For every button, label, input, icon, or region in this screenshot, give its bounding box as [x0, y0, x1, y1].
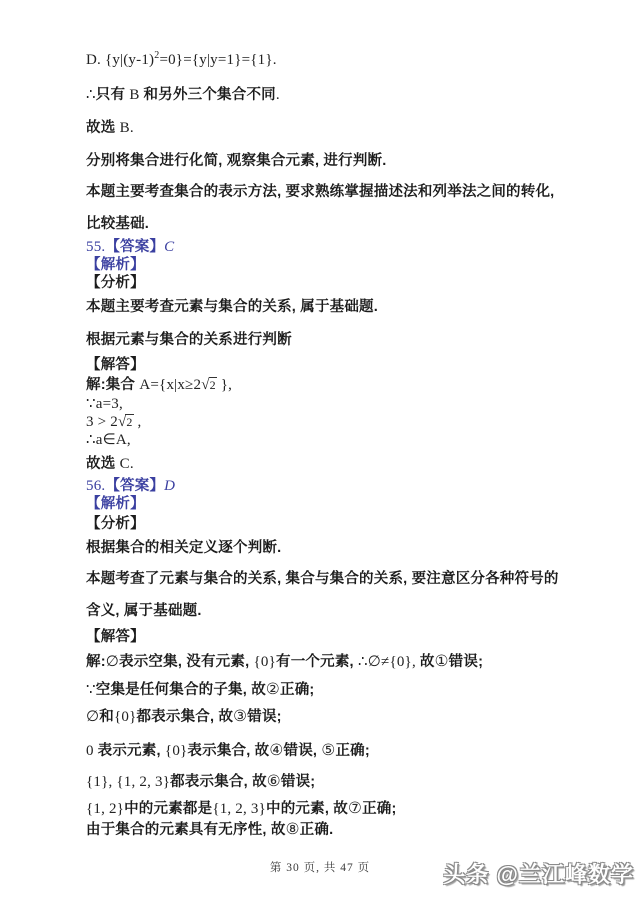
- text-run: ∴a∈A,: [86, 432, 131, 448]
- text-run: 正确;: [335, 743, 369, 759]
- text-run: 解:: [86, 654, 106, 670]
- text-run: 只有: [96, 87, 130, 103]
- text-run: 【分析】: [86, 275, 145, 291]
- text-run: D.: [86, 52, 105, 68]
- text-run: ,: [412, 654, 420, 670]
- option-d-line: D. {y|(y-1)2=0}={y|y=1}={1}.: [86, 45, 576, 71]
- text-run: 本题考查了元素与集合的关系, 集合与集合的关系, 要注意区分各种符号的: [86, 571, 559, 587]
- text-run: B.: [120, 120, 134, 136]
- text-run: 表示集合, 故: [187, 743, 269, 759]
- text-run: {1, 2}: [86, 801, 124, 817]
- text-run: 和另外三个集合不同: [144, 87, 276, 103]
- analysis-header: 【分析】: [86, 274, 576, 292]
- analysis-header-56: 【分析】: [86, 515, 576, 533]
- circled-number: ②: [266, 680, 280, 698]
- solution-step-a-value: ∵a=3,: [86, 395, 576, 413]
- text-run: 【解答】: [86, 629, 145, 645]
- text-run: 都表示集合, 故: [170, 774, 267, 790]
- topic-note-line-56: 本题考查了元素与集合的关系, 集合与集合的关系, 要注意区分各种符号的: [86, 568, 576, 590]
- text-run: 表示空集, 没有元素,: [119, 654, 254, 670]
- text-run: 解:集合: [86, 377, 139, 393]
- text-run: 本题主要考查元素与集合的关系, 属于基础题.: [86, 299, 378, 315]
- judgement-6: {1}, {1, 2, 3}都表示集合, 故⑥错误;: [86, 770, 576, 793]
- text-run: 【解析】: [86, 496, 145, 512]
- conclusion-line: ∴只有 B 和另外三个集合不同.: [86, 84, 576, 106]
- text-run: 2: [125, 414, 133, 429]
- text-run: 由于集合的元素具有无序性, 故: [86, 822, 286, 838]
- text-run: =0}={y|y=1}={1}.: [159, 52, 276, 68]
- text-run: ∵: [86, 682, 96, 698]
- solution-step-compare: 3 > 2√2 ,: [86, 413, 576, 431]
- text-run: 错误,: [284, 743, 322, 759]
- text-run: 根据集合的相关定义逐个判断.: [86, 540, 281, 556]
- circled-number: ④: [269, 741, 283, 759]
- topic-note-line-56b: 含义, 属于基础题.: [86, 600, 576, 622]
- text-run: 表示元素,: [98, 743, 165, 759]
- text-run: D: [164, 478, 175, 494]
- text-run: {0}: [114, 709, 137, 725]
- text-run: ∴∅≠{0}: [358, 654, 412, 670]
- text-run: ∅: [106, 654, 119, 670]
- text-run: ∵a=3,: [86, 396, 123, 412]
- judgement-1: 解:∅表示空集, 没有元素, {0}有一个元素, ∴∅≠{0}, 故①错误;: [86, 650, 576, 673]
- text-run: B: [129, 87, 143, 103]
- text-run: 空集是任何集合的子集, 故: [96, 682, 266, 698]
- toutiao-watermark: 头条 @兰江峰数学: [443, 858, 634, 889]
- text-run: 3 > 2: [86, 414, 118, 430]
- method-line-55: 根据元素与集合的关系进行判断: [86, 329, 576, 351]
- text-run: 本题主要考查集合的表示方法, 要求熟练掌握描述法和列举法之间的转化,: [86, 184, 554, 200]
- text-run: 正确;: [362, 801, 396, 817]
- judgement-2: ∵空集是任何集合的子集, 故②正确;: [86, 678, 576, 701]
- circled-number: ⑤: [321, 741, 335, 759]
- text-run: 错误;: [449, 654, 483, 670]
- text-run: ∴: [86, 87, 96, 103]
- text-run: 有一个元素,: [276, 654, 358, 670]
- topic-note-line-55: 本题主要考查元素与集合的关系, 属于基础题.: [86, 296, 576, 318]
- text-run: {1, 2, 3}: [212, 801, 266, 817]
- text-run: ,: [134, 414, 142, 430]
- circled-number: ①: [435, 652, 449, 670]
- topic-note-line-2: 比较基础.: [86, 213, 576, 235]
- answer-header-56: 56.【答案】D: [86, 477, 576, 495]
- text-run: {y|(y-1): [105, 52, 154, 68]
- answer-header-55: 55.【答案】C: [86, 238, 576, 256]
- text-run: C.: [120, 456, 134, 472]
- text-run: 【答案】: [105, 239, 164, 255]
- text-run: 错误;: [247, 709, 281, 725]
- text-run: 正确.: [300, 822, 334, 838]
- text-run: 正确;: [280, 682, 314, 698]
- text-run: .: [276, 87, 280, 103]
- circled-number: ③: [233, 707, 247, 725]
- text-run: {0}: [165, 743, 188, 759]
- text-run: 故: [420, 654, 435, 670]
- circled-number: ⑥: [267, 772, 281, 790]
- text-run: C: [164, 239, 174, 255]
- analysis-header-blue: 【解析】: [86, 256, 576, 274]
- document-body: D. {y|(y-1)2=0}={y|y=1}={1}.∴只有 B 和另外三个集…: [86, 45, 576, 840]
- analysis-header-blue-56: 【解析】: [86, 495, 576, 513]
- text-run: ∅: [86, 709, 99, 725]
- solution-step-membership: ∴a∈A,: [86, 431, 576, 449]
- judgement-8: 由于集合的元素具有无序性, 故⑧正确.: [86, 819, 576, 840]
- solution-step-set-a: 解:集合 A={x|x≥2√2 },: [86, 375, 576, 395]
- judgement-7: {1, 2}中的元素都是{1, 2, 3}中的元素, 故⑦正确;: [86, 798, 576, 819]
- text-run: {0}: [254, 654, 277, 670]
- text-run: 中的元素都是: [124, 801, 212, 817]
- text-run: 2: [209, 377, 217, 392]
- text-run: 根据元素与集合的关系进行判断: [86, 332, 292, 348]
- text-run: 都表示集合, 故: [136, 709, 233, 725]
- text-run: {1}, {1, 2, 3}: [86, 774, 170, 790]
- text-run: 55.: [86, 239, 105, 255]
- text-run: 【分析】: [86, 516, 145, 532]
- text-run: 【解析】: [86, 257, 145, 273]
- solution-header: 【解答】: [86, 355, 576, 375]
- text-run: 【答案】: [105, 478, 164, 494]
- circled-number: ⑦: [348, 799, 362, 817]
- text-run: 分别将集合进行化简, 观察集合元素, 进行判断.: [86, 153, 386, 169]
- text-run: 错误;: [281, 774, 315, 790]
- solution-header-56: 【解答】: [86, 627, 576, 647]
- text-run: 56.: [86, 478, 105, 494]
- text-run: 中的元素, 故: [266, 801, 348, 817]
- text-run: 含义, 属于基础题.: [86, 603, 202, 619]
- method-summary-line: 分别将集合进行化简, 观察集合元素, 进行判断.: [86, 150, 576, 172]
- text-run: 故选: [86, 456, 120, 472]
- judgement-3: ∅和{0}都表示集合, 故③错误;: [86, 705, 576, 728]
- answer-choice-line-55: 故选 C.: [86, 453, 576, 475]
- text-run: 和: [99, 709, 114, 725]
- text-run: 【解答】: [86, 357, 145, 373]
- text-run: },: [217, 377, 232, 393]
- text-run: 故选: [86, 120, 120, 136]
- judgement-4-5: 0 表示元素, {0}表示集合, 故④错误, ⑤正确;: [86, 739, 576, 762]
- text-run: A={x|x≥2: [139, 377, 201, 393]
- text-run: 比较基础.: [86, 216, 149, 232]
- topic-note-line: 本题主要考查集合的表示方法, 要求熟练掌握描述法和列举法之间的转化,: [86, 181, 576, 203]
- answer-choice-line: 故选 B.: [86, 117, 576, 139]
- text-run: 0: [86, 743, 98, 759]
- circled-number: ⑧: [286, 820, 300, 838]
- method-line-56: 根据集合的相关定义逐个判断.: [86, 537, 576, 559]
